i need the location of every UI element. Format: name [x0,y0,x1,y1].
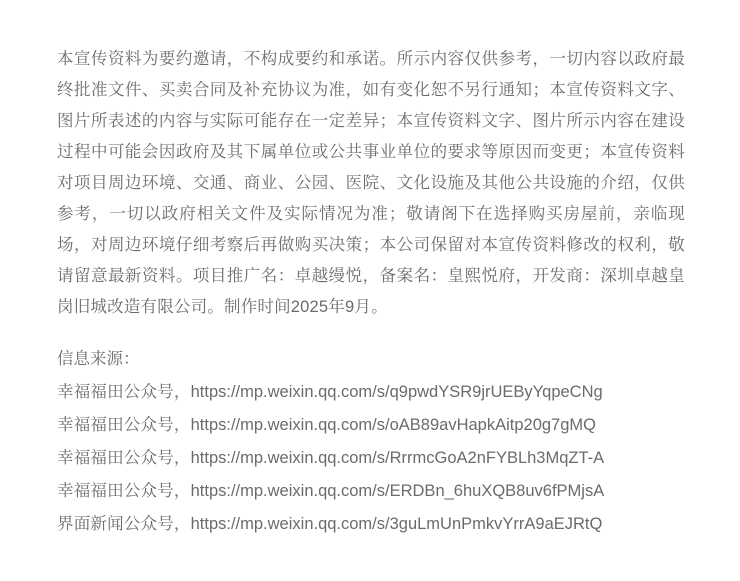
source-item: 界面新闻公众号，https://mp.weixin.qq.com/s/3guLm… [57,508,685,541]
source-label: 界面新闻公众号， [57,515,191,533]
source-url: https://mp.weixin.qq.com/s/3guLmUnPmkvYr… [191,515,603,533]
source-url: https://mp.weixin.qq.com/s/oAB89avHapkAi… [191,416,596,434]
source-label: 幸福福田公众号， [57,416,191,434]
source-item: 幸福福田公众号，https://mp.weixin.qq.com/s/ERDBn… [57,475,685,508]
source-label: 幸福福田公众号， [57,449,191,467]
source-list: 幸福福田公众号，https://mp.weixin.qq.com/s/q9pwd… [57,376,685,541]
disclaimer-page: 本宣传资料为要约邀请，不构成要约和承诺。所示内容仅供参考，一切内容以政府最终批准… [0,0,740,581]
source-url: https://mp.weixin.qq.com/s/q9pwdYSR9jrUE… [191,383,603,401]
source-item: 幸福福田公众号，https://mp.weixin.qq.com/s/Rrrmc… [57,442,685,475]
source-item: 幸福福田公众号，https://mp.weixin.qq.com/s/oAB89… [57,409,685,442]
source-url: https://mp.weixin.qq.com/s/RrrmcGoA2nFYB… [191,449,605,467]
disclaimer-text: 本宣传资料为要约邀请，不构成要约和承诺。所示内容仅供参考，一切内容以政府最终批准… [57,44,685,323]
source-item: 幸福福田公众号，https://mp.weixin.qq.com/s/q9pwd… [57,376,685,409]
source-url: https://mp.weixin.qq.com/s/ERDBn_6huXQB8… [191,482,605,500]
source-label: 幸福福田公众号， [57,383,191,401]
source-label: 幸福福田公众号， [57,482,191,500]
sources-heading: 信息来源： [57,343,685,376]
